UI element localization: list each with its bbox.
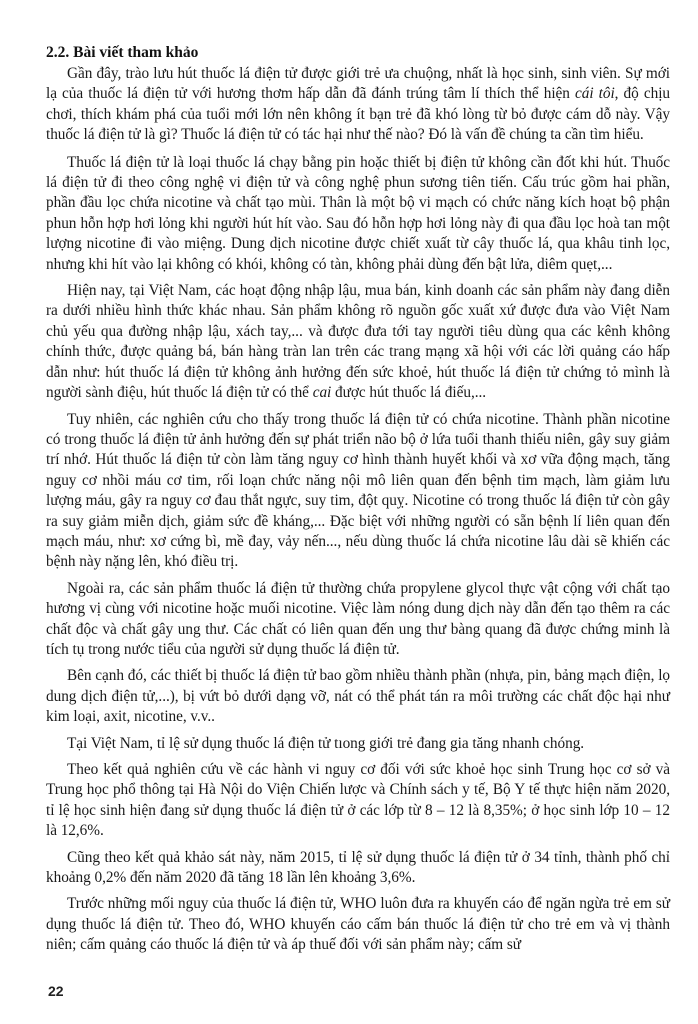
italic-term: cái tôi <box>575 85 615 102</box>
paragraph-vietnam-trend: Tại Việt Nam, tỉ lệ sử dụng thuốc lá điệ… <box>46 734 670 754</box>
italic-term: cai <box>313 384 332 401</box>
document-page: 2.2. Bài viết tham khảo Gần đây, trào lư… <box>46 43 670 962</box>
paragraph-chemicals: Ngoài ra, các sản phẩm thuốc lá điện tử … <box>46 579 670 661</box>
text-span: được hút thuốc lá điếu,... <box>331 384 486 401</box>
paragraph-definition: Thuốc lá điện tử là loại thuốc lá chạy b… <box>46 153 670 275</box>
paragraph-study-2020: Theo kết quả nghiên cứu về các hành vi n… <box>46 760 670 842</box>
page-number: 22 <box>48 983 64 999</box>
paragraph-survey-2015: Cũng theo kết quả khảo sát này, năm 2015… <box>46 848 670 889</box>
paragraph-intro: Gần đây, trào lưu hút thuốc lá điện tử đ… <box>46 64 670 146</box>
section-heading: 2.2. Bài viết tham khảo <box>46 43 670 63</box>
paragraph-who: Trước những mối nguy của thuốc lá điện t… <box>46 894 670 955</box>
paragraph-market: Hiện nay, tại Việt Nam, các hoạt động nh… <box>46 281 670 403</box>
paragraph-health-effects: Tuy nhiên, các nghiên cứu cho thấy trong… <box>46 410 670 573</box>
paragraph-environment: Bên cạnh đó, các thiết bị thuốc lá điện … <box>46 666 670 727</box>
